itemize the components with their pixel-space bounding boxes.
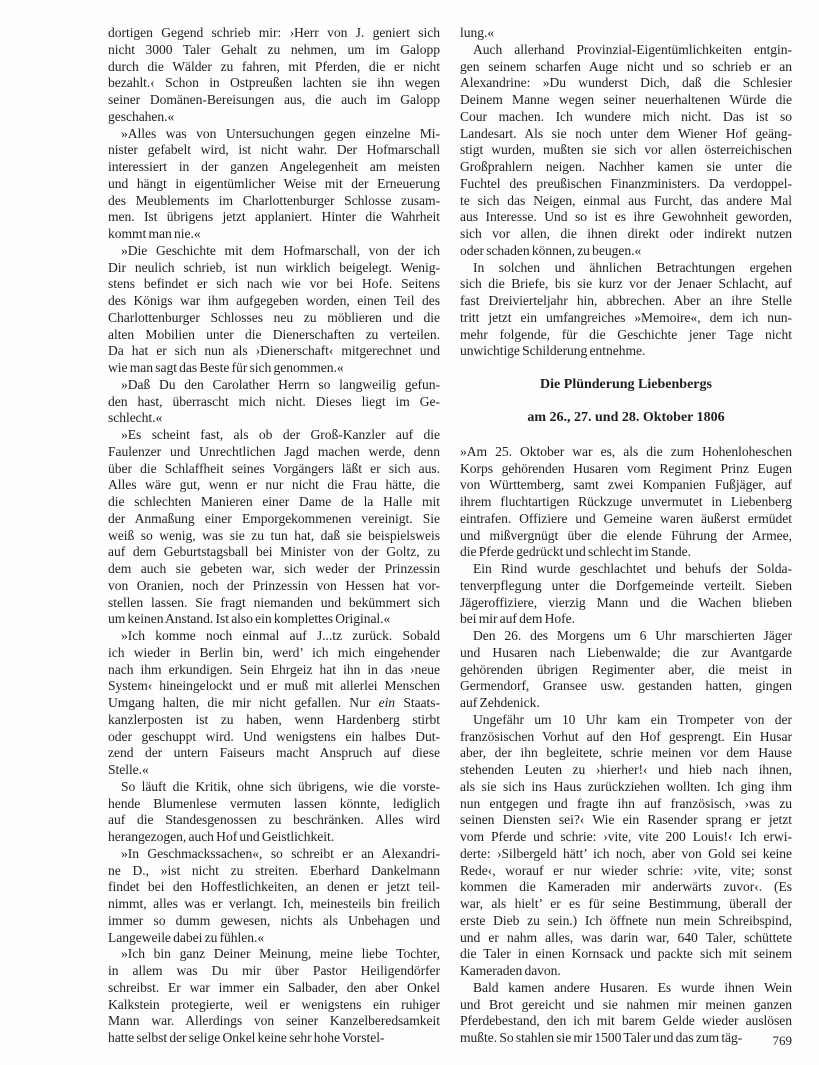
text-line: des Meublements im Charlottenburger Schl… <box>108 193 440 210</box>
text-line: Langeweile dabei zu fühlen.« <box>108 930 440 947</box>
text-line: stellen lassen. Sie fragt niemanden und … <box>108 595 440 612</box>
text-line: Kalkstein protegierte, weil er wenigsten… <box>108 997 440 1014</box>
text-line: nimmt, alles was er verlangt. Ich, meine… <box>108 896 440 913</box>
text-line: So läuft die Kritik, ohne sich übrigens,… <box>108 779 440 796</box>
text-line: des Königs war ihm aufgegeben worden, ei… <box>108 293 440 310</box>
text-line: stigt wurden, mußten sie sich vor allen … <box>460 142 792 159</box>
paragraph: Den 26. des Morgens um 6 Uhr marschierte… <box>460 628 792 712</box>
text-line: derte: ›Silbergeld hätt’ ich noch, aber … <box>460 846 792 863</box>
text-line: wie man sagt das Beste für sich genommen… <box>108 360 440 377</box>
text-line: Dir neulich schrieb, ist nun wirklich be… <box>108 260 440 277</box>
text-line: nicht 3000 Taler Gehalt zu nehmen, um im… <box>108 42 440 59</box>
paragraph: lung.« <box>460 25 792 42</box>
text-line: nister gefabelt wird, ist nicht wahr. De… <box>108 142 440 159</box>
text-line: Germendorf, Gransee usw. gestanden hatte… <box>460 678 792 695</box>
text-line: über die Schlaffheit seines Vorgängers l… <box>108 461 440 478</box>
text-line: auf die Standesgenossen zu beschränken. … <box>108 812 440 829</box>
text-line: seinen Diensten sei?‹ Wie ein Rasender s… <box>460 812 792 829</box>
section-subtitle: am 26., 27. und 28. Oktober 1806 <box>460 410 792 427</box>
text-line: »Ich bin ganz Deiner Meinung, meine lieb… <box>108 946 440 963</box>
text-line: bei mir auf dem Hofe. <box>460 611 792 628</box>
text-line: interessiert in der ganzen Angelegenheit… <box>108 159 440 176</box>
text-line: sich vor allen, die ihnen direkt oder in… <box>460 226 792 243</box>
text-line: kanzlerposten ist zu haben, wenn Hardenb… <box>108 712 440 729</box>
paragraph: In solchen und ähnlichen Betrachtungen e… <box>460 260 792 361</box>
text-line: Auch allerhand Provinzial-Eigentümlichke… <box>460 42 792 59</box>
column-right: lung.«Auch allerhand Provinzial-Eigentüm… <box>460 25 792 1047</box>
text-line: und er nahm alles, was darin war, 640 Ta… <box>460 930 792 947</box>
text-line: und hängt in eigentümlicher Weise mit de… <box>108 176 440 193</box>
text-line: kommen die Kameraden mir anderwärts zuvo… <box>460 879 792 896</box>
book-page: dortigen Gegend schrieb mir: ›Herr von J… <box>0 0 819 1065</box>
text-line: war, als hielt’ er es für seine Bestimmu… <box>460 896 792 913</box>
text-line: kommt man nie.« <box>108 226 440 243</box>
paragraph: Ungefähr um 10 Uhr kam ein Trompeter von… <box>460 712 792 980</box>
text-line: Fuchtel des preußischen Finanzministers.… <box>460 176 792 193</box>
text-line: men. Ist übrigens jetzt applaniert. Hint… <box>108 209 440 226</box>
text-line: Cour machen. Ich wundere mich nicht. Das… <box>460 109 792 126</box>
text-line: findet bei den Hoffestlichkeiten, an den… <box>108 879 440 896</box>
text-line: »Alles was von Untersuchungen gegen einz… <box>108 126 440 143</box>
text-line: Da hat er sich nun als ›Dienerschaft‹ mi… <box>108 343 440 360</box>
text-line: die Pferde gedrückt und schlecht im Stan… <box>460 544 792 561</box>
text-line: Faulenzer und Unrechtlichen Jagd machen … <box>108 444 440 461</box>
text-line: auf Zehdenick. <box>460 695 792 712</box>
text-line: Ungefähr um 10 Uhr kam ein Trompeter von… <box>460 712 792 729</box>
section-title: Die Plünderung Liebenbergs <box>460 377 792 394</box>
text-line: stens befindet er sich nach wie vor bei … <box>108 276 440 293</box>
paragraph: »Am 25. Oktober war es, als die zum Hohe… <box>460 444 792 561</box>
text-line: herangezogen, auch Hof und Geistlichkeit… <box>108 829 440 846</box>
text-line: In solchen und ähnlichen Betrachtungen e… <box>460 260 792 277</box>
text-line: te sich das Neigen, einmal aus Furcht, d… <box>460 193 792 210</box>
text-line: Stelle.« <box>108 762 440 779</box>
text-line: von Württemberg, samt zwei Kompanien Fuß… <box>460 477 792 494</box>
text-line: Großprahlern neigen. Nachher kamen sie u… <box>460 159 792 176</box>
text-line: stehenden Leuten zu ›hierher!‹ und hieb … <box>460 762 792 779</box>
text-line: Bald kamen andere Husaren. Es wurde ihne… <box>460 980 792 997</box>
text-line: »In Geschmackssachen«, so schreibt er an… <box>108 846 440 863</box>
text-line: Alles wäre gut, wenn er nur nicht die Fr… <box>108 477 440 494</box>
text-line: weiß so wenig, was sie zu tun hat, daß s… <box>108 528 440 545</box>
text-line: auf dem Geburtstagsball bei Minister von… <box>108 544 440 561</box>
text-line: schreibst. Er war immer ein Salbader, de… <box>108 980 440 997</box>
text-line: französischen Vorhut auf den Hof gespren… <box>460 729 792 746</box>
text-line: hende Blumenlese vermuten lassen könnte,… <box>108 796 440 813</box>
text-line: »Am 25. Oktober war es, als die zum Hohe… <box>460 444 792 461</box>
text-line: aus Interesse. Und so ist es ihre Gewohn… <box>460 209 792 226</box>
text-line: mehr folgende, für die Geschichte jener … <box>460 327 792 344</box>
text-line: Den 26. des Morgens um 6 Uhr marschierte… <box>460 628 792 645</box>
text-line: alten Mobilien unter die Dienerschaften … <box>108 327 440 344</box>
text-line: dortigen Gegend schrieb mir: ›Herr von J… <box>108 25 440 42</box>
paragraph: Auch allerhand Provinzial-Eigentümlichke… <box>460 42 792 260</box>
text-line: fast Dreivierteljahr hin, abbrechen. Abe… <box>460 293 792 310</box>
text-line: immer so dumm gewesen, nichts als Unbeha… <box>108 913 440 930</box>
text-line: Rede‹, worauf er nur wieder schrie: ›vit… <box>460 863 792 880</box>
text-line: »Die Geschichte mit dem Hofmarschall, vo… <box>108 243 440 260</box>
text-line: sich die Briefe, bis sie kurz vor der Je… <box>460 276 792 293</box>
text-line: oder schaden können, zu beugen.« <box>460 243 792 260</box>
text-line: Ein Rind wurde geschlachtet und behufs d… <box>460 561 792 578</box>
text-line: gehörenden übrigen Regimenter aber, die … <box>460 662 792 679</box>
text-line: »Daß Du den Carolather Herrn so langweil… <box>108 377 440 394</box>
paragraph: dortigen Gegend schrieb mir: ›Herr von J… <box>108 25 440 126</box>
text-line: hatte selbst der selige Onkel keine sehr… <box>108 1030 440 1047</box>
text-line: oder geschuppt wird. Und wenigstens ein … <box>108 729 440 746</box>
text-line: eintrafen. Offiziere und Gemeine waren ä… <box>460 511 792 528</box>
text-line: Pferdebestand, den ich mit barem Gelde w… <box>460 1013 792 1030</box>
text-line: und mißvergnügt über die elende Führung … <box>460 528 792 545</box>
text-line: Umgang halten, die mir nicht gefallen. N… <box>108 695 440 712</box>
text-line: seiner Domänen-Bereisungen aus, die auch… <box>108 92 440 109</box>
paragraph: Ein Rind wurde geschlachtet und behufs d… <box>460 561 792 628</box>
text-line: »Es scheint fast, als ob der Groß-Kanzle… <box>108 427 440 444</box>
text-line: ihrem fluchtartigen Rückzuge unvermutet … <box>460 494 792 511</box>
text-line: von Oranien, noch der Prinzessin von Hes… <box>108 578 440 595</box>
text-line: vom Pferde und schrie: ›vite, vite 200 L… <box>460 829 792 846</box>
text-line: Landesart. Als sie noch unter dem Wiener… <box>460 126 792 143</box>
text-line: nun entgegen und fragte ihn auf französi… <box>460 796 792 813</box>
text-line: in allem was Du mir über Pastor Heiligen… <box>108 963 440 980</box>
text-line: Korps gehörenden Husaren vom Regiment Pr… <box>460 461 792 478</box>
text-line: der Anmaßung einer Emporgekommenen verei… <box>108 511 440 528</box>
text-line: gen seinem scharfen Auge nicht und so sc… <box>460 59 792 76</box>
text-line: Kameraden davon. <box>460 963 792 980</box>
text-line: die Taler in einen Kornsack und packte s… <box>460 946 792 963</box>
text-line: und Husaren nach Liebenwalde; die zur Av… <box>460 645 792 662</box>
text-line: ich wieder in Berlin bin, werd’ ich mich… <box>108 645 440 662</box>
text-line: tritt jetzt ein umfangreiches »Memoire«,… <box>460 310 792 327</box>
text-line: unwichtige Schilderung entnehme. <box>460 343 792 360</box>
text-line: »Ich komme noch einmal auf J...tz zurück… <box>108 628 440 645</box>
text-line: nach ihm erkundigen. Sein Ehrgeiz hat ih… <box>108 662 440 679</box>
text-line: Jägeroffiziere, vierzig Mann und die Wac… <box>460 595 792 612</box>
text-line: geschahen.« <box>108 109 440 126</box>
paragraph: So läuft die Kritik, ohne sich übrigens,… <box>108 779 440 846</box>
paragraph: »Daß Du den Carolather Herrn so langweil… <box>108 377 440 427</box>
text-line: Charlottenburger Schlosses neu zu möblie… <box>108 310 440 327</box>
text-line: ne D., »ist nicht zu streiten. Eberhard … <box>108 863 440 880</box>
paragraph: »Alles was von Untersuchungen gegen einz… <box>108 126 440 243</box>
text-line: System‹ hineingelockt und er muß mit all… <box>108 678 440 695</box>
text-line: aber, der ihn begleitete, schrie meinen … <box>460 745 792 762</box>
column-left: dortigen Gegend schrieb mir: ›Herr von J… <box>108 25 440 1047</box>
text-line: zend der untern Faiseurs macht Anspruch … <box>108 745 440 762</box>
text-line: Alexandrine: »Du wunderst Dich, daß die … <box>460 75 792 92</box>
text-line: lung.« <box>460 25 792 42</box>
text-line: und Brot gereicht und sie nahmen mir mei… <box>460 997 792 1014</box>
text-line: Mann war. Allerdings von seiner Kanzelbe… <box>108 1013 440 1030</box>
paragraph: »Die Geschichte mit dem Hofmarschall, vo… <box>108 243 440 377</box>
text-line: um keinen Anstand. Ist also ein komplett… <box>108 611 440 628</box>
text-line: dem auch sie gebeten war, sich weder der… <box>108 561 440 578</box>
text-line: schlecht.« <box>108 410 440 427</box>
text-line: Deinem Manne wegen seiner neuerhaltenen … <box>460 92 792 109</box>
paragraph: »Ich bin ganz Deiner Meinung, meine lieb… <box>108 946 440 1047</box>
text-line: tenverpflegung unter die Dorfgemeinde ve… <box>460 578 792 595</box>
text-line: den hast, überrascht mich nicht. Dieses … <box>108 394 440 411</box>
text-line: als sie sich ins Haus zurückziehen wollt… <box>460 779 792 796</box>
text-line: bezahlt.‹ Schon in Ostpreußen lachten si… <box>108 75 440 92</box>
paragraph: »Es scheint fast, als ob der Groß-Kanzle… <box>108 427 440 628</box>
text-line: erste Dieb zu sein.) Ich öffnete nun mei… <box>460 913 792 930</box>
page-number: 769 <box>460 1033 792 1049</box>
paragraph: »In Geschmackssachen«, so schreibt er an… <box>108 846 440 947</box>
paragraph: »Ich komme noch einmal auf J...tz zurück… <box>108 628 440 779</box>
text-line: die schlechten Manieren einer Dame de la… <box>108 494 440 511</box>
text-line: durch die Wälder zu fahren, mit Pferden,… <box>108 59 440 76</box>
